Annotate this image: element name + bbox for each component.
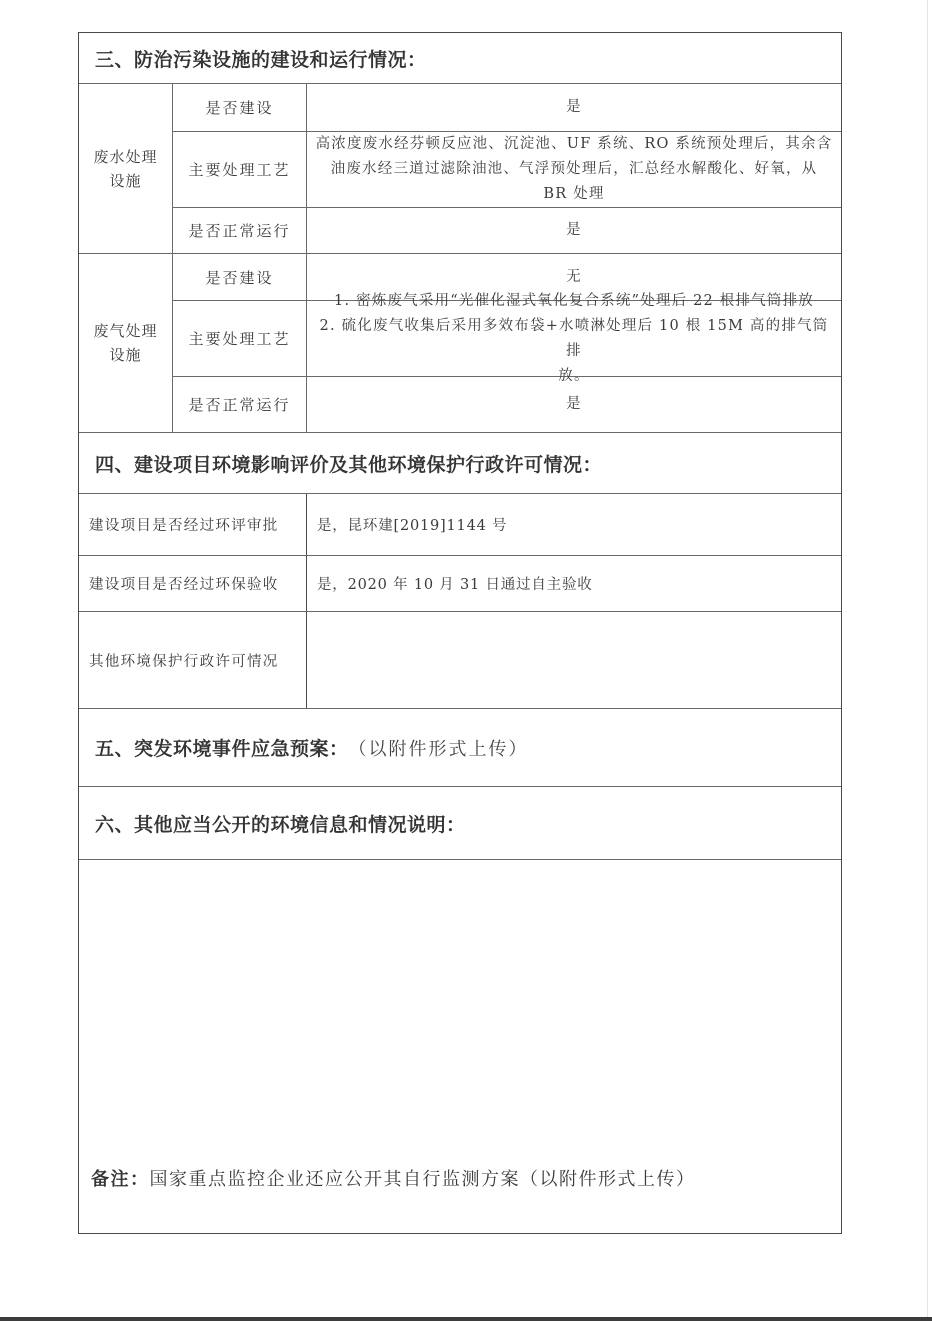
other-permits-row: 其他环境保护行政许可情况 [79, 612, 841, 709]
field-label: 其他环境保护行政许可情况 [79, 612, 307, 708]
section-5-heading: 五、突发环境事件应急预案： （以附件形式上传） [79, 709, 841, 787]
section-3-title: 三、防治污染设施的建设和运行情况： [95, 45, 427, 72]
section-4-heading: 四、建设项目环境影响评价及其他环境保护行政许可情况： [79, 433, 841, 494]
field-value: 1. 密炼废气采用“光催化湿式氧化复合系统”处理后 22 根排气筒排放 2. 硫… [307, 301, 841, 376]
field-label: 是否建设 [173, 84, 307, 131]
field-value [307, 612, 841, 708]
wastewater-built-row: 是否建设 是 [173, 84, 841, 132]
field-label: 主要处理工艺 [173, 132, 307, 207]
section-5-title: 五、突发环境事件应急预案： [95, 734, 349, 761]
remark-text: 国家重点监控企业还应公开其自行监测方案（以附件形式上传） [150, 1169, 696, 1190]
waste-gas-operating-row: 是否正常运行 是 [173, 377, 841, 432]
acceptance-row: 建设项目是否经过环保验收 是，2020 年 10 月 31 日通过自主验收 [79, 556, 841, 612]
section-5-note: （以附件形式上传） [349, 735, 529, 761]
field-label: 建设项目是否经过环评审批 [79, 494, 307, 555]
field-value: 是 [307, 377, 841, 432]
wastewater-process-row: 主要处理工艺 高浓度废水经芬顿反应池、沉淀池、UF 系统、RO 系统预处理后，其… [173, 132, 841, 208]
field-value: 是，2020 年 10 月 31 日通过自主验收 [307, 556, 841, 611]
field-label: 建设项目是否经过环保验收 [79, 556, 307, 611]
field-label: 主要处理工艺 [173, 301, 307, 376]
waste-gas-facility-group: 废气处理 设施 是否建设 无 主要处理工艺 1. 密炼废气采用“光催化湿式氧化复… [79, 254, 841, 433]
field-label: 是否正常运行 [173, 208, 307, 253]
wastewater-group-label: 废水处理 设施 [79, 84, 173, 253]
wastewater-operating-row: 是否正常运行 是 [173, 208, 841, 253]
section-3-heading: 三、防治污染设施的建设和运行情况： [79, 33, 841, 84]
section-4-title: 四、建设项目环境影响评价及其他环境保护行政许可情况： [95, 450, 602, 477]
remark: 备注：国家重点监控企业还应公开其自行监测方案（以附件形式上传） [91, 1165, 696, 1191]
waste-gas-group-label: 废气处理 设施 [79, 254, 173, 432]
remark-label: 备注： [91, 1169, 150, 1190]
field-value: 高浓度废水经芬顿反应池、沉淀池、UF 系统、RO 系统预处理后，其余含 油废水经… [307, 132, 841, 207]
waste-gas-process-row: 主要处理工艺 1. 密炼废气采用“光催化湿式氧化复合系统”处理后 22 根排气筒… [173, 301, 841, 377]
field-label: 是否正常运行 [173, 377, 307, 432]
field-value: 是 [307, 84, 841, 131]
section-6-heading: 六、其他应当公开的环境信息和情况说明： [79, 787, 841, 860]
page-edge [927, 0, 928, 1321]
field-value: 是 [307, 208, 841, 253]
field-label: 是否建设 [173, 254, 307, 300]
field-value: 是，昆环建[2019]1144 号 [307, 494, 841, 555]
section-6-title: 六、其他应当公开的环境信息和情况说明： [95, 810, 466, 837]
section-6-content-area: 备注：国家重点监控企业还应公开其自行监测方案（以附件形式上传） [79, 860, 841, 1233]
wastewater-facility-group: 废水处理 设施 是否建设 是 主要处理工艺 高浓度废水经芬顿反应池、沉淀池、UF… [79, 84, 841, 254]
eia-approval-row: 建设项目是否经过环评审批 是，昆环建[2019]1144 号 [79, 494, 841, 556]
disclosure-form-table: 三、防治污染设施的建设和运行情况： 废水处理 设施 是否建设 是 主要处理工艺 … [78, 32, 842, 1234]
scan-edge [0, 1317, 932, 1321]
